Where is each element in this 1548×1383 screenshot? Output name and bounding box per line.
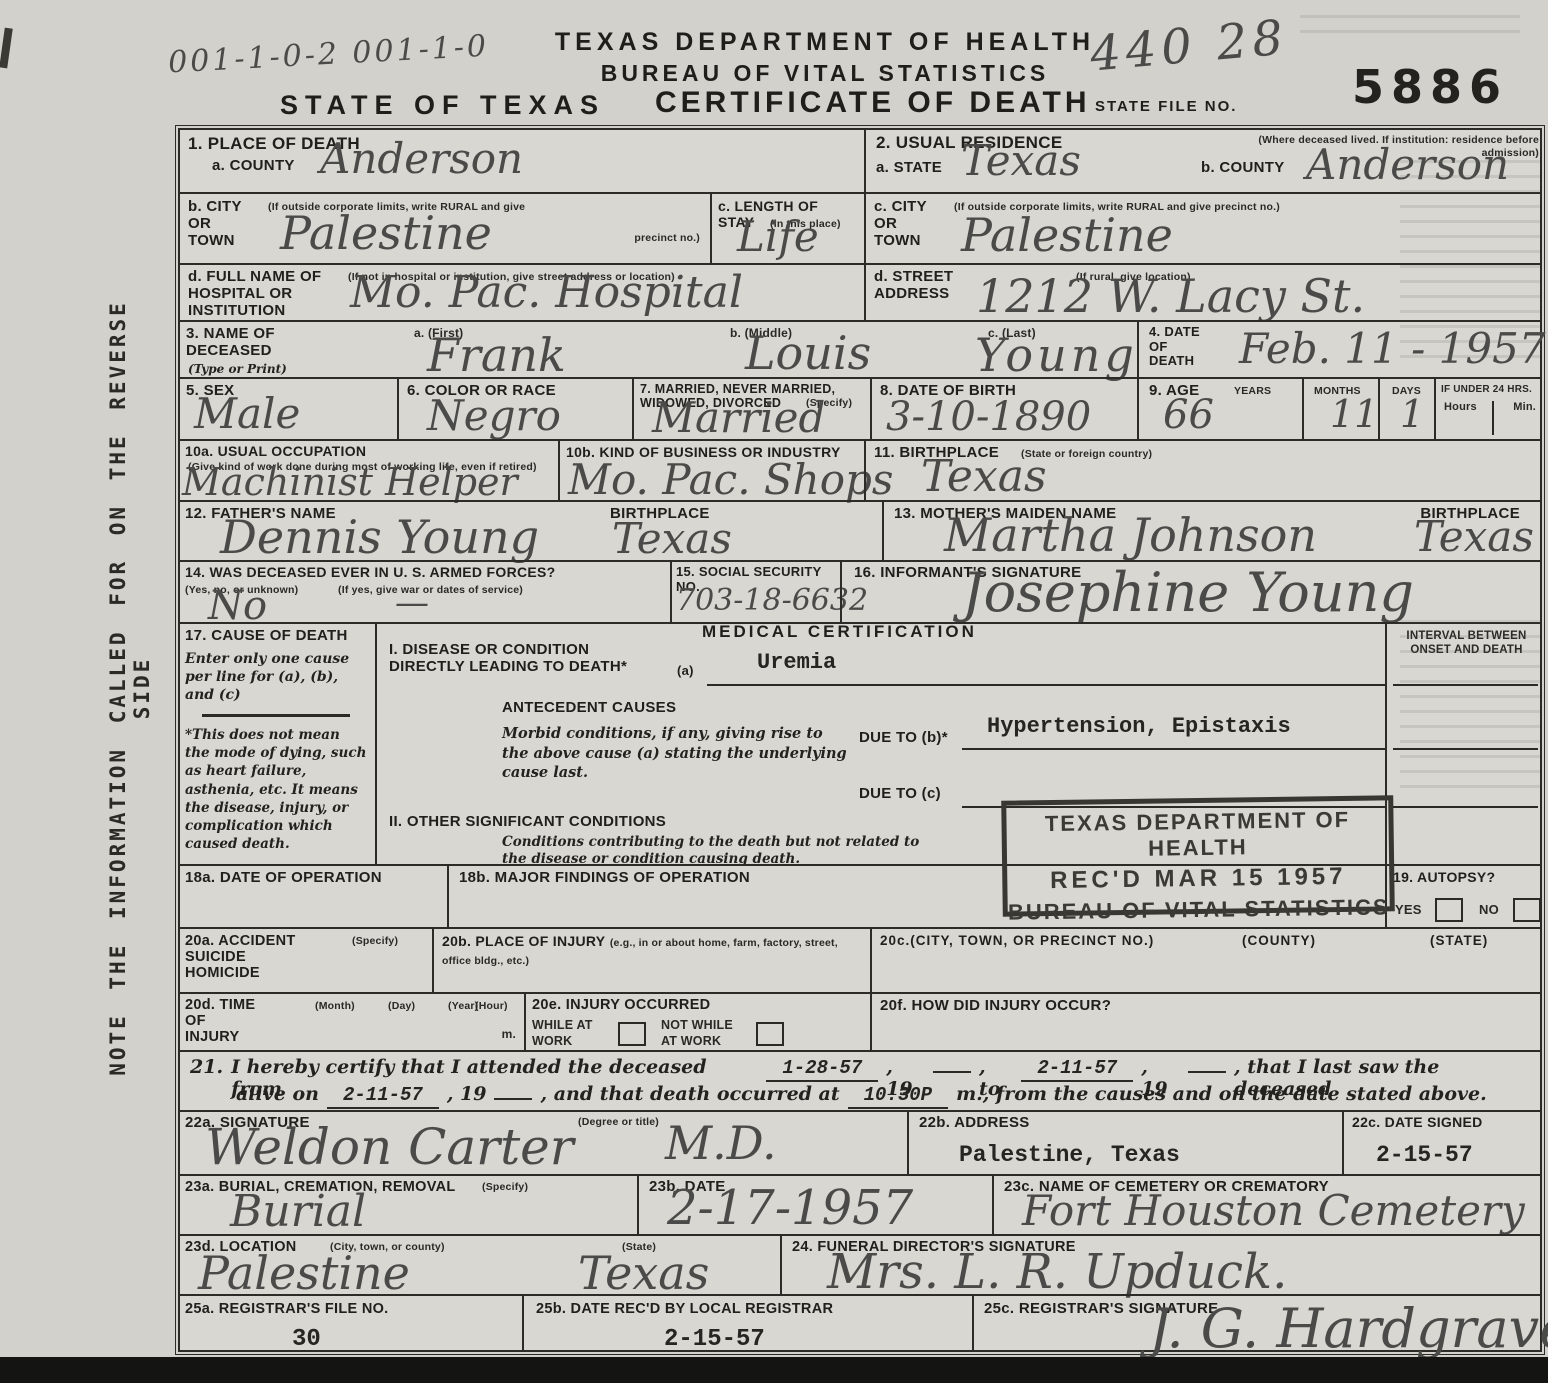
autopsy-no-label: NO — [1479, 902, 1499, 918]
informant-signature-value: Josephine Young — [962, 566, 1414, 620]
injury-year-label: (Year) — [448, 1000, 478, 1013]
row-burial: 23a. BURIAL, CREMATION, REMOVAL (Specify… — [180, 1174, 1540, 1234]
row-city: b. CITY OR TOWN (If outside corporate li… — [180, 192, 1540, 263]
certify-text-8: , and that death occurred at — [540, 1083, 839, 1105]
hours-min-divider — [1492, 401, 1494, 435]
other-conditions-label: II. OTHER SIGNIFICANT CONDITIONS — [389, 814, 666, 831]
burial-value: Burial — [230, 1190, 366, 1234]
date-of-operation-label: 18a. DATE OF OPERATION — [185, 870, 382, 887]
armed-forces-note-2: (If yes, give war or dates of service) — [338, 584, 523, 597]
length-of-stay-value: Life — [737, 216, 819, 258]
row-location-director: 23d. LOCATION (City, town, or county) (S… — [180, 1234, 1540, 1294]
stamp-line-3: BUREAU OF VITAL STATISTICS — [1008, 894, 1390, 925]
not-while-at-work-checkbox — [756, 1022, 784, 1046]
header-bureau: BUREAU OF VITAL STATISTICS — [545, 60, 1105, 87]
accident-note: (Specify) — [352, 935, 398, 948]
bleed-through-artifact — [1300, 15, 1520, 45]
age-days-value: 1 — [1400, 395, 1424, 433]
scan-edge-mark — [0, 28, 13, 69]
cause-a-line — [707, 684, 1385, 686]
birthplace-value: Texas — [921, 455, 1047, 499]
year-blank-3 — [494, 1084, 532, 1100]
burial-note: (Specify) — [482, 1181, 528, 1194]
physician-degree-value: M.D. — [665, 1120, 777, 1166]
armed-forces-label: 14. WAS DECEASED EVER IN U. S. ARMED FOR… — [185, 565, 556, 581]
min-label: Min. — [1513, 401, 1536, 415]
cause-divider — [202, 714, 350, 717]
father-birthplace-value: Texas — [612, 518, 732, 560]
injury-city-label: 20c.(CITY, TOWN, OR PRECINCT NO.) — [880, 933, 1154, 948]
time-of-death-value: 10:30P — [848, 1084, 948, 1109]
attended-from-value: 1-28-57 — [766, 1057, 878, 1082]
physician-address-value: Palestine, Texas — [959, 1142, 1180, 1168]
year-blank-2 — [1188, 1057, 1226, 1073]
certify-text-9: m., from the causes and on the date stat… — [956, 1083, 1487, 1105]
certify-text-6: alive on — [236, 1083, 319, 1105]
while-at-work-label: WHILE AT WORK — [532, 1018, 593, 1049]
attended-to-value: 2-11-57 — [1021, 1057, 1133, 1082]
residence-state-value: Texas — [961, 140, 1081, 182]
cause-a-tag: (a) — [677, 664, 694, 679]
injury-county-label: (COUNTY) — [1242, 933, 1316, 948]
not-while-at-work-label: NOT WHILE AT WORK — [661, 1018, 733, 1049]
handwritten-codes: 001-1-0-2 001-1-0 — [167, 32, 489, 79]
age-months-value: 11 — [1330, 395, 1378, 433]
stamp-line-2: REC'D MAR 15 1957 — [1007, 862, 1389, 895]
injury-occurred-label: 20e. INJURY OCCURRED — [532, 997, 710, 1013]
county-label: a. COUNTY — [212, 158, 295, 175]
antecedent-note: Morbid conditions, if any, giving rise t… — [502, 724, 852, 783]
row-injury-time: 20d. TIME OF INJURY (Month) (Day) (Year)… — [180, 992, 1540, 1050]
city-note-2: precinct no.) — [634, 232, 700, 245]
street-address-value: 1212 W. Lacy St. — [976, 273, 1365, 319]
burial-location-value: Palestine — [198, 1250, 410, 1296]
injury-day-label: (Day) — [388, 1000, 415, 1013]
street-address-label: d. STREET ADDRESS — [874, 269, 953, 303]
accident-label: 20a. ACCIDENT SUICIDE HOMICIDE — [185, 933, 296, 982]
residence-city-value: Palestine — [961, 212, 1173, 258]
age-years-value: 66 — [1163, 395, 1214, 435]
scan-bottom-band — [0, 1357, 1548, 1383]
cause-a-value: Uremia — [757, 650, 836, 675]
under-24-label: IF UNDER 24 HRS. — [1441, 384, 1532, 397]
medical-certification-title: MEDICAL CERTIFICATION — [702, 622, 977, 641]
row-physician: 22a. SIGNATURE (Degree or title) Weldon … — [180, 1110, 1540, 1174]
funeral-director-signature-value: Mrs. L. R. Upduck. — [827, 1248, 1287, 1296]
sex-value: Male — [194, 393, 300, 435]
row-place-residence: 1. PLACE OF DEATH a. COUNTY Anderson 2. … — [180, 130, 1540, 192]
received-stamp: TEXAS DEPARTMENT OF HEALTH REC'D MAR 15 … — [1001, 795, 1395, 916]
residence-state-label: a. STATE — [876, 160, 942, 177]
antecedent-label: ANTECEDENT CAUSES — [502, 700, 676, 717]
cause-c-tag: DUE TO (c) — [859, 786, 941, 803]
place-of-injury-label: 20b. PLACE OF INJURY — [442, 933, 605, 949]
residence-county-label: b. COUNTY — [1201, 160, 1285, 177]
city-value: Palestine — [280, 210, 492, 256]
state-file-no-label: STATE FILE NO. — [1095, 98, 1237, 115]
header-department: TEXAS DEPARTMENT OF HEALTH — [545, 28, 1105, 57]
armed-forces-value: No — [208, 586, 267, 626]
registrar-file-no-label: 25a. REGISTRAR'S FILE NO. — [185, 1301, 389, 1317]
registrar-signature-value: J. G. Hardgrave — [1149, 1302, 1548, 1356]
reverse-side-note: NOTE THE INFORMATION CALLED FOR ON THE R… — [106, 288, 138, 1088]
certify-line-2: alive on 2-11-57 , 19 , and that death o… — [236, 1083, 1487, 1109]
bleed-through-artifact — [1400, 620, 1540, 800]
hospital-label: d. FULL NAME OF HOSPITAL OR INSTITUTION — [188, 269, 321, 319]
disease-condition-label: I. DISEASE OR CONDITION DIRECTLY LEADING… — [389, 642, 627, 676]
hospital-value: Mo. Pac. Hospital — [350, 271, 743, 315]
row-demographics: 5. SEX Male 6. COLOR OR RACE Negro 7. MA… — [180, 377, 1540, 439]
mother-name-value: Martha Johnson — [944, 512, 1317, 558]
death-certificate-scan: NOTE THE INFORMATION CALLED FOR ON THE R… — [0, 0, 1548, 1383]
how-injury-label: 20f. HOW DID INJURY OCCUR? — [880, 998, 1111, 1015]
burial-state-value: Texas — [578, 1250, 709, 1296]
burial-date-value: 2-17-1957 — [667, 1184, 913, 1232]
date-of-death-label: 4. DATE OF DEATH — [1149, 325, 1200, 369]
cause-footnote: *This does not mean the mode of dying, s… — [185, 726, 369, 854]
date-signed-value: 2-15-57 — [1376, 1142, 1473, 1168]
stamp-line-1: TEXAS DEPARTMENT OF HEALTH — [1006, 806, 1389, 863]
city-label: b. CITY OR TOWN — [188, 199, 242, 249]
row-occupation: 10a. USUAL OCCUPATION (Give kind of work… — [180, 439, 1540, 500]
row-registrar: 25a. REGISTRAR'S FILE NO. 30 25b. DATE R… — [180, 1294, 1540, 1352]
cause-instruction: Enter only one cause per line for (a), (… — [185, 650, 367, 705]
autopsy-yes-label: YES — [1395, 902, 1422, 918]
date-of-birth-value: 3-10-1890 — [886, 397, 1091, 437]
last-seen-alive-value: 2-11-57 — [327, 1084, 439, 1109]
while-at-work-checkbox — [618, 1022, 646, 1046]
degree-or-title-note: (Degree or title) — [578, 1116, 659, 1129]
occupation-label: 10a. USUAL OCCUPATION — [185, 444, 366, 460]
name-subtitle: (Type or Print) — [188, 362, 287, 376]
residence-city-label: c. CITY OR TOWN — [874, 199, 927, 249]
middle-name-value: Louis — [745, 330, 871, 376]
header-state: STATE OF TEXAS — [280, 90, 605, 121]
certificate-form: 1. PLACE OF DEATH a. COUNTY Anderson 2. … — [178, 128, 1542, 1352]
last-name-value: Young — [975, 332, 1138, 378]
row-parents: 12. FATHER'S NAME BIRTHPLACE Dennis Youn… — [180, 500, 1540, 560]
physician-signature-value: Weldon Carter — [205, 1122, 574, 1172]
name-title: 3. NAME OF DECEASED — [186, 326, 275, 360]
handwritten-file-number: 440 28 — [1088, 13, 1289, 78]
time-of-injury-label: 20d. TIME OF INJURY — [185, 997, 255, 1046]
row-name: 3. NAME OF DECEASED (Type or Print) a. (… — [180, 320, 1540, 377]
certify-text-7: , 19 — [447, 1083, 487, 1105]
date-signed-label: 22c. DATE SIGNED — [1352, 1115, 1483, 1131]
physician-address-label: 22b. ADDRESS — [919, 1115, 1030, 1132]
cause-b-line — [962, 748, 1385, 750]
row-armed-forces-ssn: 14. WAS DECEASED EVER IN U. S. ARMED FOR… — [180, 560, 1540, 622]
injury-hour-m-label: m. — [502, 1027, 516, 1042]
cause-b-value: Hypertension, Epistaxis — [987, 714, 1291, 739]
bleed-through-artifact — [1400, 160, 1540, 360]
row-accident: 20a. ACCIDENT SUICIDE HOMICIDE (Specify)… — [180, 927, 1540, 992]
father-name-value: Dennis Young — [220, 514, 539, 560]
page-title: CERTIFICATE OF DEATH — [655, 86, 1091, 120]
age-years-label: YEARS — [1234, 385, 1271, 398]
date-recd-label: 25b. DATE REC'D BY LOCAL REGISTRAR — [536, 1301, 833, 1317]
cause-b-tag: DUE TO (b)* — [859, 730, 948, 747]
injury-hour-label: (Hour) — [475, 1000, 508, 1013]
marital-value: Married — [652, 397, 825, 439]
autopsy-label: 19. AUTOPSY? — [1393, 870, 1495, 886]
certify-number: 21. — [190, 1056, 223, 1078]
year-blank-1 — [933, 1057, 971, 1073]
business-value: Mo. Pac. Shops — [568, 459, 893, 501]
injury-month-label: (Month) — [315, 1000, 355, 1013]
armed-forces-service-value: — — [395, 586, 429, 620]
major-findings-label: 18b. MAJOR FINDINGS OF OPERATION — [459, 870, 750, 887]
autopsy-no-checkbox — [1513, 898, 1541, 922]
race-value: Negro — [427, 395, 561, 437]
injury-state-label: (STATE) — [1430, 933, 1488, 948]
cemetery-value: Fort Houston Cemetery — [1022, 1190, 1525, 1232]
first-name-value: Frank — [427, 332, 566, 378]
hours-label: Hours — [1444, 401, 1477, 415]
cause-of-death-label: 17. CAUSE OF DEATH — [185, 628, 348, 645]
other-conditions-note: Conditions contributing to the death but… — [502, 834, 932, 868]
row-certify-statement: 21. I hereby certify that I attended the… — [180, 1050, 1540, 1110]
stamped-certificate-number: 5886 — [1352, 60, 1508, 114]
occupation-value: Machinist Helper — [182, 463, 518, 501]
mother-birthplace-value: Texas — [1414, 516, 1534, 558]
autopsy-yes-checkbox — [1435, 898, 1463, 922]
row-hospital-address: d. FULL NAME OF HOSPITAL OR INSTITUTION … — [180, 263, 1540, 320]
interval-line-c — [1393, 806, 1538, 808]
registrar-file-no-value: 30 — [292, 1326, 321, 1353]
county-value: Anderson — [320, 138, 523, 180]
date-recd-value: 2-15-57 — [664, 1326, 765, 1353]
